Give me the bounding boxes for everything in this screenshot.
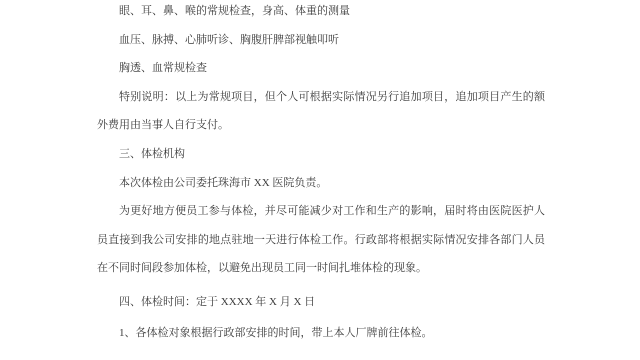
text-line: 1、各体检对象根据行政部安排的时间，带上本人厂牌前往体检。 [97,319,545,348]
text-line: 员直接到我公司安排的地点驻地一天进行体检工作。行政部将根据实际情况安排各部门人员 [97,226,545,255]
text-line: 外费用由当事人自行支付。 [97,111,545,140]
paragraph: 眼、耳、鼻、喉的常规检查，身高、体重的测量 [97,0,545,26]
text-line: 眼、耳、鼻、喉的常规检查，身高、体重的测量 [97,0,545,26]
paragraph: 血压、脉搏、心肺听诊、胸腹肝脾部视触叩听 [97,26,545,55]
document-viewport: 眼、耳、鼻、喉的常规检查，身高、体重的测量血压、脉搏、心肺听诊、胸腹肝脾部视触叩… [0,0,640,360]
text-line: 本次体检由公司委托珠海市 XX 医院负责。 [97,169,545,198]
text-line: 在不同时间段参加体检，以避免出现员工同一时间扎堆体检的现象。 [97,254,545,283]
text-line: 特别说明：以上为常规项目，但个人可根据实际情况另行追加项目，追加项目产生的额 [97,83,545,112]
paragraph: 胸透、血常规检查 [97,54,545,83]
text-line: 胸透、血常规检查 [97,54,545,83]
paragraph: 特别说明：以上为常规项目，但个人可根据实际情况另行追加项目，追加项目产生的额外费… [97,83,545,140]
document-page: 眼、耳、鼻、喉的常规检查，身高、体重的测量血压、脉搏、心肺听诊、胸腹肝脾部视触叩… [97,0,545,347]
section-heading: 四、体检时间：定于 XXXX 年 X 月 X 日 [97,288,545,317]
text-line: 为更好地方便员工参与体检，并尽可能减少对工作和生产的影响，届时将由医院医护人 [97,197,545,226]
text-line: 三、体检机构 [97,140,545,169]
paragraph: 1、各体检对象根据行政部安排的时间，带上本人厂牌前往体检。 [97,319,545,348]
section-heading: 三、体检机构 [97,140,545,169]
text-line: 四、体检时间：定于 XXXX 年 X 月 X 日 [97,288,545,317]
paragraph: 本次体检由公司委托珠海市 XX 医院负责。 [97,169,545,198]
paragraph: 为更好地方便员工参与体检，并尽可能减少对工作和生产的影响，届时将由医院医护人员直… [97,197,545,283]
text-line: 血压、脉搏、心肺听诊、胸腹肝脾部视触叩听 [97,26,545,55]
